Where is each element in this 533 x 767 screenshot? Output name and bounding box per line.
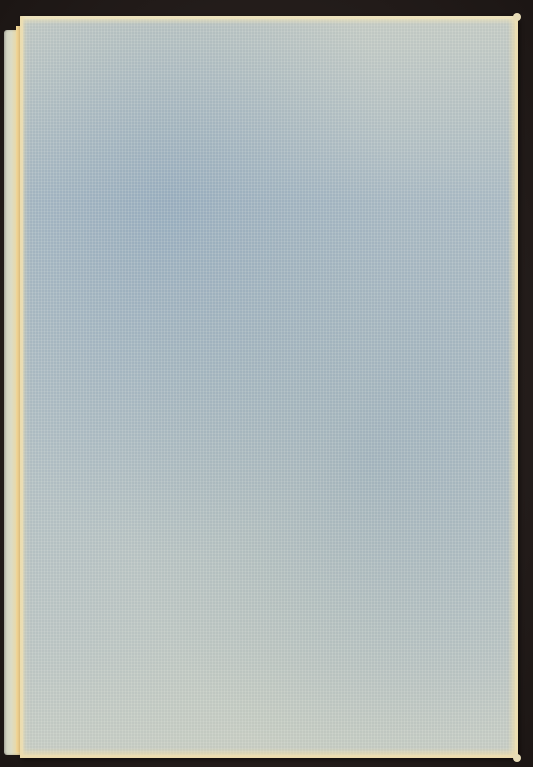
cover-corner-bottom-right — [513, 754, 521, 762]
photo-scene — [0, 0, 533, 767]
book-cover — [20, 16, 518, 758]
cover-corner-top-right — [513, 13, 521, 21]
cover-worn-bottom-edge — [20, 748, 518, 758]
cover-worn-right-edge — [508, 16, 518, 758]
cover-worn-left-edge — [20, 16, 26, 758]
cover-worn-top-edge — [20, 16, 518, 24]
